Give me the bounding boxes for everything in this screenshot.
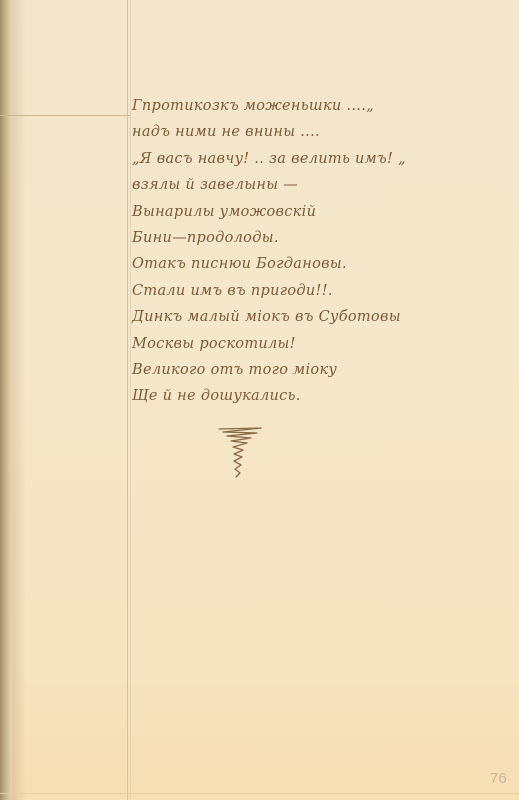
binding-shadow [12,0,26,800]
poem-line: Ще й не дошукались. [132,383,492,409]
poem-line: „Я васъ навчу! .. за велить имъ! „ [132,146,492,172]
bottom-rule [0,793,519,794]
poem-line: Отакъ писнюи Богдановы. [132,251,492,277]
margin-rule-secondary [130,0,131,800]
poem-line: Стали имъ въ пригоди!!. [132,278,492,304]
poem-line: Бини—продолоды. [132,225,492,251]
book-binding [0,0,12,800]
poem-line: взялы й завелыны — [132,172,492,198]
poem-line: Вынарилы уможовскій [132,199,492,225]
poem-text: Гпротикозкъ моженьшки ....„ надъ ними не… [132,93,492,410]
poem-line: Великого отъ того міоку [132,357,492,383]
poem-line: надъ ними не внины .... [132,119,492,145]
margin-rule [127,0,128,800]
end-flourish-icon [217,423,263,481]
poem-line: Москвы роскотилы! [132,331,492,357]
header-rule [0,115,130,116]
poem-line: Гпротикозкъ моженьшки ....„ [132,93,492,119]
page-number: 76 [490,770,507,787]
poem-line: Динкъ малый міокъ въ Суботовы [132,304,492,330]
